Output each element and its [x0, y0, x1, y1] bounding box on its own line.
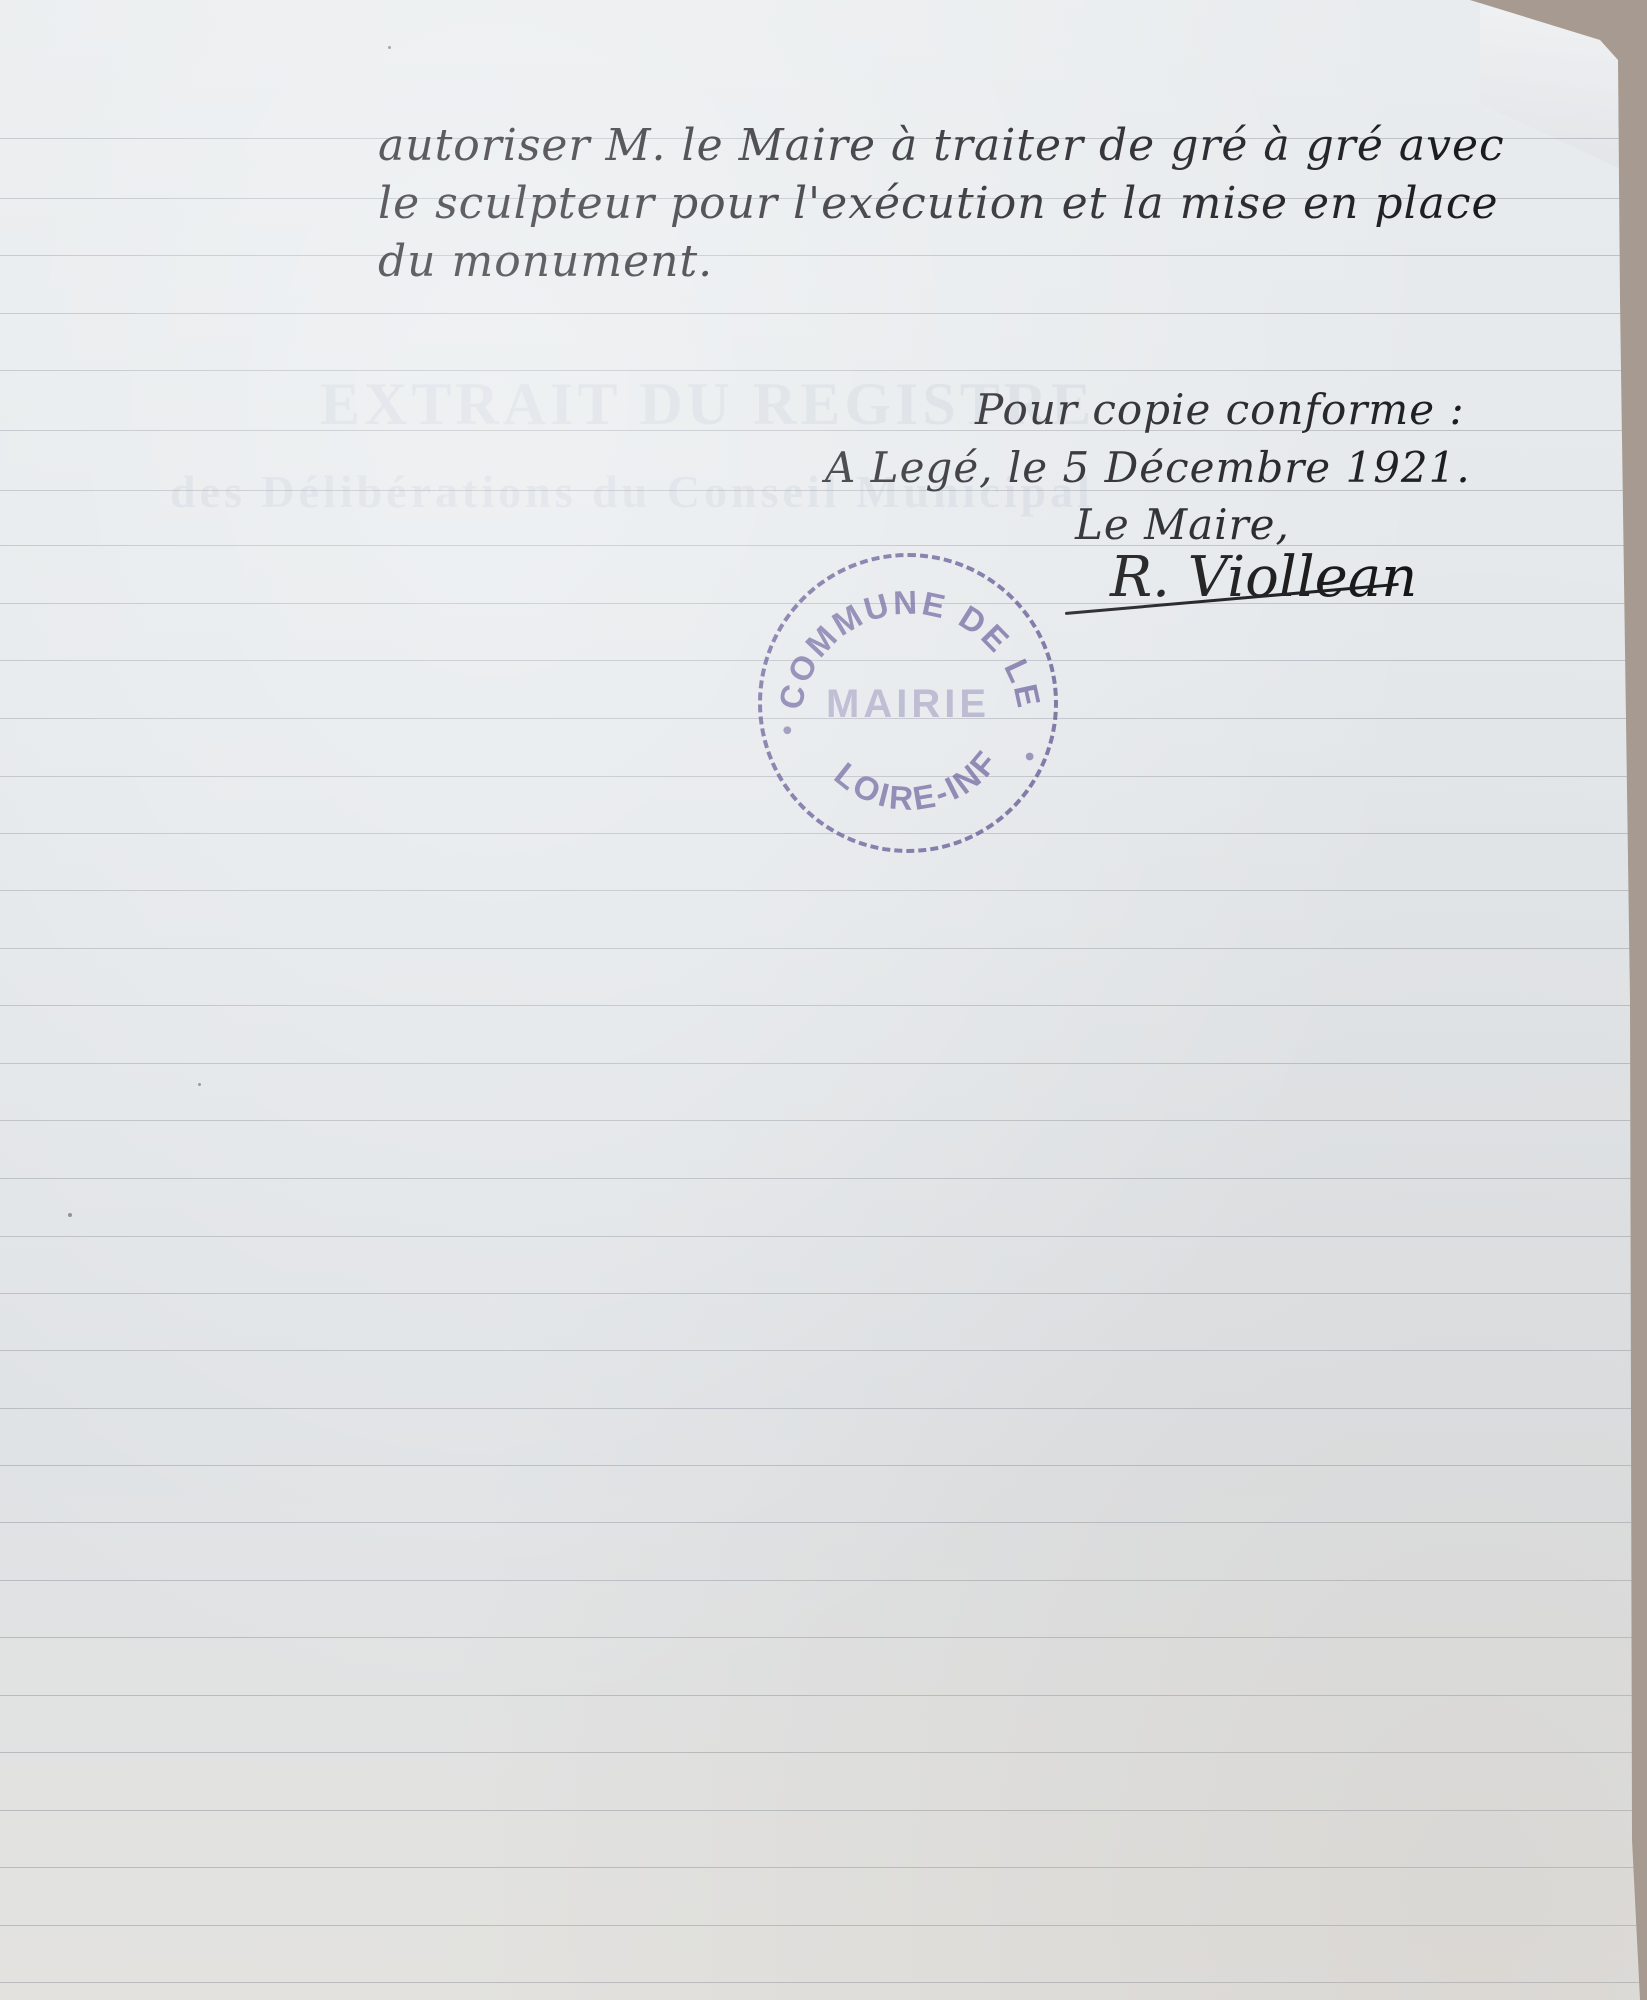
ruled-line — [0, 313, 1640, 314]
ruled-line — [0, 1925, 1640, 1926]
stamp-center-text: MAIRIE — [762, 682, 1054, 727]
ruled-line — [0, 1752, 1640, 1753]
ruled-line — [0, 1178, 1640, 1179]
municipal-stamp: COMMUNE DE LEGÉ LOIRE-INFRE MAIRIE — [758, 553, 1058, 853]
body-line-3: du monument. — [378, 236, 713, 287]
mayor-signature: R. Viollean — [1110, 545, 1417, 610]
ruled-line — [0, 1580, 1640, 1581]
paper-speck — [198, 1083, 201, 1086]
ruled-line — [0, 1005, 1640, 1006]
ruled-line — [0, 948, 1640, 949]
paper-speck — [388, 46, 391, 49]
ruled-line — [0, 1810, 1640, 1811]
body-line-1: autoriser M. le Maire à traiter de gré à… — [378, 120, 1505, 171]
closing-place-date: A Legé, le 5 Décembre 1921. — [825, 443, 1471, 492]
ruled-line — [0, 1867, 1640, 1868]
document-page: EXTRAIT DU REGISTRE des Délibérations du… — [0, 0, 1640, 2000]
ruled-line — [0, 1236, 1640, 1237]
ruled-line — [0, 1465, 1640, 1466]
stamp-star-right — [1026, 753, 1034, 761]
ruled-line — [0, 1695, 1640, 1696]
ruled-line — [0, 1408, 1640, 1409]
ruled-line — [0, 255, 1640, 256]
ruled-line — [0, 890, 1640, 891]
stamp-star-left — [783, 726, 791, 734]
ruled-line — [0, 1350, 1640, 1351]
ruled-line — [0, 1293, 1640, 1294]
paper-speck — [68, 1213, 72, 1217]
closing-certification: Pour copie conforme : — [975, 385, 1465, 434]
ruled-line — [0, 1637, 1640, 1638]
ruled-line — [0, 1063, 1640, 1064]
ruled-line — [0, 1522, 1640, 1523]
ruled-line — [0, 1982, 1640, 1983]
closing-title: Le Maire, — [1075, 500, 1290, 549]
body-line-2: le sculpteur pour l'exécution et la mise… — [378, 178, 1499, 229]
ruled-line — [0, 1120, 1640, 1121]
